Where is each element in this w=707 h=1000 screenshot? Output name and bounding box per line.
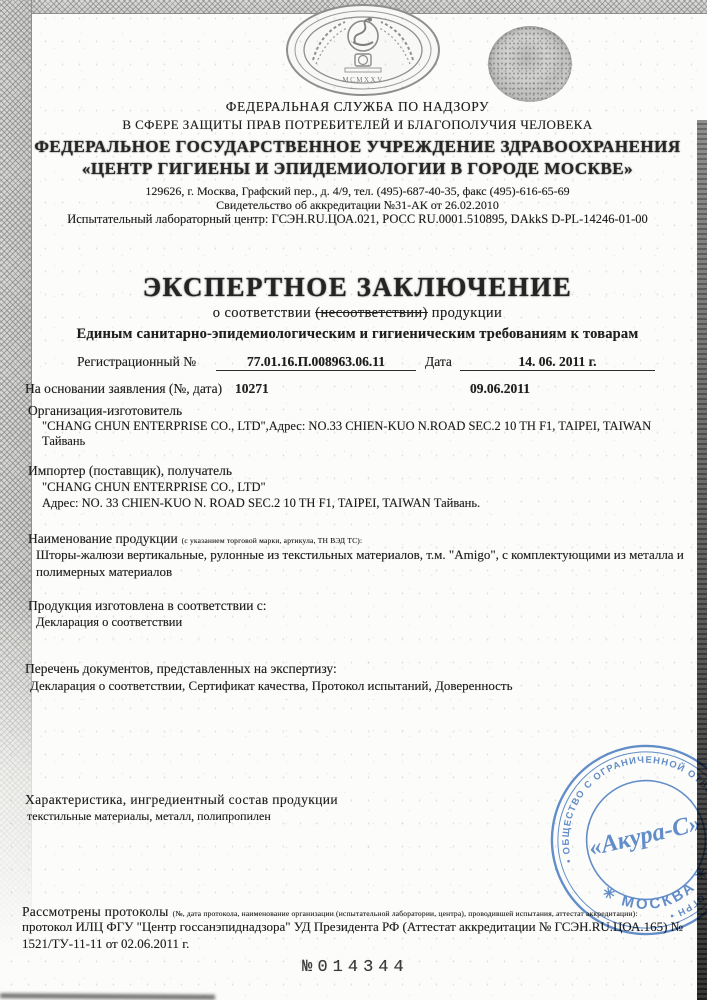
org-name-line-1: ФЕДЕРАЛЬНОЕ ГОСУДАРСТВЕННОЕ УЧРЕЖДЕНИЕ З… — [30, 137, 685, 157]
requirements-line: Единым санитарно-эпидемиологическим и ги… — [30, 326, 685, 343]
svg-text:✳ МОСКВА ✳: ✳ МОСКВА ✳ — [596, 860, 707, 924]
emblem-caption: MCMXXV — [342, 76, 383, 84]
protocols-label: Рассмотрены протоколы — [22, 904, 169, 919]
date-value: 14. 06. 2011 г. — [460, 354, 655, 371]
subtitle-struck-word: (несоответствии) — [315, 305, 428, 321]
registration-row: Регистрационный № 77.01.16.П.008963.06.1… — [0, 354, 707, 376]
importer-label: Импортер (поставщик), получатель — [28, 463, 232, 479]
product-label-note: (с указанием торговой марки, артикула, Т… — [182, 536, 363, 545]
registration-label: Регистрационный № — [77, 354, 196, 370]
serial-number: №014344 — [228, 958, 483, 977]
product-description: Шторы-жалюзи вертикальные, рулонные из т… — [36, 546, 701, 580]
header-line-2: В СФЕРЕ ЗАЩИТЫ ПРАВ ПОТРЕБИТЕЛЕЙ И БЛАГО… — [30, 117, 685, 133]
application-number: 10271 — [235, 381, 269, 397]
subtitle-before: о соответствии — [213, 305, 311, 321]
certificate-page: MCMXXV ФЕДЕРАЛЬНАЯ СЛУЖБА ПО НАДЗОРУ В С… — [0, 0, 707, 1000]
manufacturer-label: Организация-изготовитель — [28, 403, 182, 419]
product-label: Наименование продукции — [28, 531, 178, 546]
registration-number: 77.01.16.П.008963.06.11 — [216, 354, 416, 371]
subtitle-after: продукции — [432, 305, 502, 321]
date-label: Дата — [425, 354, 452, 370]
org-name-line-2: «ЦЕНТР ГИГИЕНЫ И ЭПИДЕМИОЛОГИИ В ГОРОДЕ … — [30, 159, 685, 179]
characteristics-value: текстильные материалы, металл, полипропи… — [27, 809, 271, 824]
medical-emblem-icon: MCMXXV — [283, 2, 443, 98]
org-address: 129626, г. Москва, Графский пер., д. 4/9… — [30, 184, 685, 199]
characteristics-label: Характеристика, ингредиентный состав про… — [25, 792, 338, 808]
scan-smudge-bottom — [0, 993, 215, 1000]
stamp-center-text: «Акура-С» — [586, 810, 703, 862]
documents-value: Декларация о соответствии, Сертификат ка… — [30, 678, 513, 694]
stamp-city-text: ✳ МОСКВА ✳ — [596, 860, 707, 924]
manufactured-label: Продукция изготовлена в соответствии с: — [28, 598, 267, 614]
document-title: ЭКСПЕРТНОЕ ЗАКЛЮЧЕНИЕ — [30, 272, 685, 303]
header-line-1: ФЕДЕРАЛЬНАЯ СЛУЖБА ПО НАДЗОРУ — [30, 99, 685, 115]
application-label: На основании заявления (№, дата) — [25, 381, 222, 397]
manufacturer-value: "CHANG CHUN ENTERPRISE CO., LTD",Адрес: … — [42, 419, 697, 449]
importer-name: "CHANG CHUN ENTERPRISE CO., LTD" — [42, 480, 266, 495]
lab-center-line: Испытательный лабораторный центр: ГСЭН.R… — [30, 212, 685, 227]
application-row: На основании заявления (№, дата) 10271 0… — [0, 381, 707, 401]
application-date: 09.06.2011 — [470, 381, 530, 397]
guilloche-border-left — [0, 0, 32, 1000]
documents-label: Перечень документов, представленных на э… — [25, 661, 337, 677]
manufactured-value: Декларация о соответствии — [36, 615, 182, 630]
accreditation-line: Свидетельство об аккредитации №31-АК от … — [30, 198, 685, 213]
round-seal-stamp — [488, 26, 572, 102]
document-subtitle: о соответствии (несоответствии) продукци… — [30, 305, 685, 322]
importer-address: Адрес: NO. 33 CHIEN-KUO N. ROAD SEC.2 10… — [42, 496, 480, 511]
